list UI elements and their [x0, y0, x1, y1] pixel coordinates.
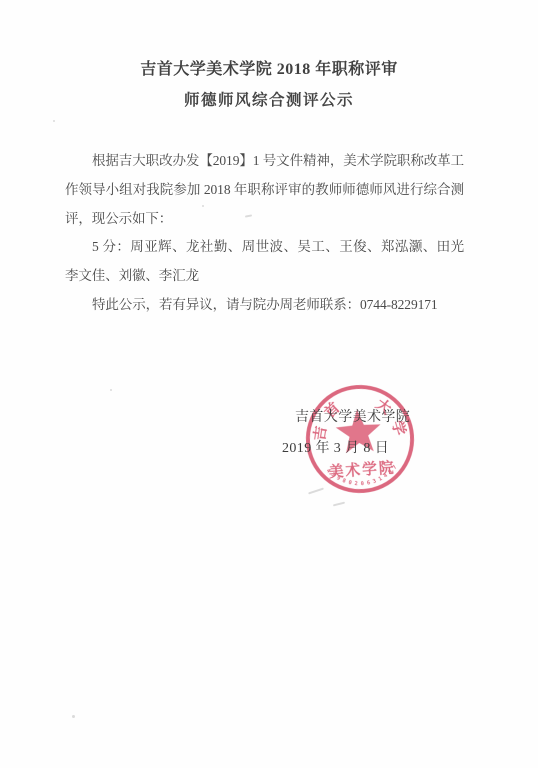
body-line: 作领导小组对我院参加 2018 年职称评审的教师师德师风进行综合测 — [65, 176, 464, 205]
signature-organization: 吉首大学美术学院 — [295, 406, 410, 426]
body-line: 评，现公示如下： — [65, 205, 464, 234]
body-line-contact: 特此公示，若有异议，请与院办周老师联系：0744-8229171 — [65, 291, 464, 320]
scan-speck — [202, 205, 204, 207]
scan-speck — [72, 715, 75, 718]
signature-date: 2019 年 3 月 8 日 — [282, 437, 389, 457]
body-line-score-names-continued: 李文佳、刘徽、李汇龙 — [65, 262, 464, 291]
document-title: 吉首大学美术学院 2018 年职称评审 师德师风综合测评公示 — [0, 59, 538, 112]
scanned-document-page: 吉首大学美术学院 2018 年职称评审 师德师风综合测评公示 根据吉大职改办发【… — [0, 0, 538, 768]
document-title-line-1: 吉首大学美术学院 2018 年职称评审 — [0, 59, 538, 81]
scan-mark — [333, 502, 345, 507]
body-line-score-names: 5 分：周亚辉、龙社勤、周世波、吴工、王俊、郑泓灏、田光硕、 — [65, 233, 464, 262]
document-body: 根据吉大职改办发【2019】1 号文件精神，美术学院职称改革工 作领导小组对我院… — [65, 147, 464, 320]
body-line: 根据吉大职改办发【2019】1 号文件精神，美术学院职称改革工 — [65, 147, 464, 176]
scan-speck — [110, 389, 112, 391]
document-title-line-2: 师德师风综合测评公示 — [0, 90, 538, 112]
scan-speck — [53, 120, 55, 122]
